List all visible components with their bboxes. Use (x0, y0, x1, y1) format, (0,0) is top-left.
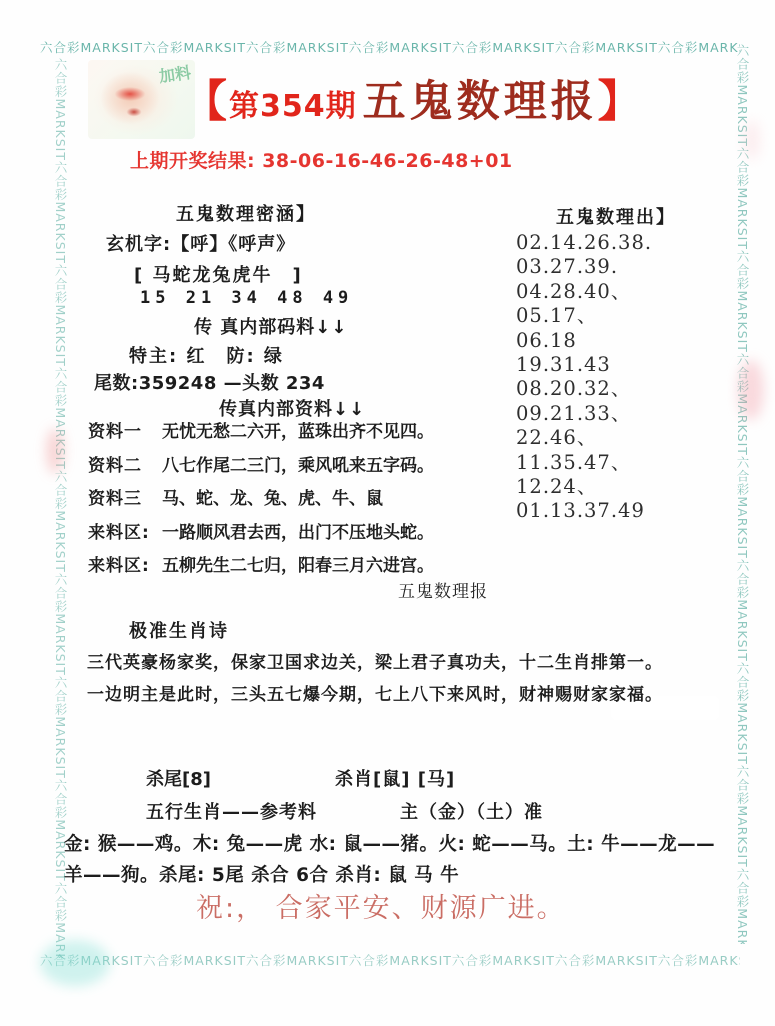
watermark-border-top: 六合彩MARKSIT六合彩MARKSIT六合彩MARKSIT六合彩MARKSIT… (40, 38, 740, 55)
resource-rows: 资料一 无忧无愁二六开，蓝珠出齐不见四。 资料二 八七作尾二三门，乘风吼来五字码… (88, 417, 498, 585)
resource-text: 一路顺风君去西，出门不压地头蛇。 (162, 518, 434, 543)
number-group-line: 03.27.39. (516, 255, 686, 279)
resource-row: 资料三 马、蛇、龙、兔、虎、牛、鼠 (88, 484, 498, 509)
zodiac-poem-title: 极准生肖诗 (129, 617, 229, 643)
number-group-line: 06.18 (516, 329, 686, 353)
zodiac-bracket-line: [ 马蛇龙兔虎牛 ] (134, 261, 303, 287)
number-group-line: 02.14.26.38. (516, 231, 686, 255)
blessing-line: 祝:， 合家平安、财源广进。 (196, 886, 566, 925)
resource-label: 资料一 (88, 417, 162, 442)
resource-label: 来料区: (88, 551, 162, 576)
elements-line-1: 金: 猴——鸡。木: 兔——虎 水: 鼠——猪。火: 蛇——马。土: 牛——龙—… (64, 830, 715, 856)
special-color-line: 特主: 红 防: 绿 (129, 342, 284, 368)
resource-label: 资料三 (88, 484, 162, 509)
issue-number: 第354期 (229, 81, 357, 125)
number-group-line: 09.21.33、 (516, 402, 686, 426)
lottery-tip-sheet: 六合彩MARKSIT六合彩MARKSIT六合彩MARKSIT六合彩MARKSIT… (0, 0, 775, 1026)
last-draw-result: 上期开奖结果: 38-06-16-46-26-48+01 (130, 146, 513, 173)
resource-row: 来料区: 一路顺风君去西，出门不压地头蛇。 (88, 518, 498, 543)
kill-tail-line: 杀尾[8] (146, 765, 211, 791)
number-group-line: 12.24、 (516, 475, 686, 499)
main-accurate-label: 主（金）（土）准 (400, 798, 543, 824)
kill-zodiac-line: 杀肖[鼠] [马] (335, 765, 455, 791)
resource-label: 来料区: (88, 518, 162, 543)
resource-text: 无忧无愁二六开，蓝珠出齐不见四。 (162, 417, 434, 442)
number-group-line: 04.28.40、 (516, 280, 686, 304)
number-groups-list: 02.14.26.38. 03.27.39. 04.28.40、 05.17、 … (516, 231, 686, 524)
resource-row: 来料区: 五柳先生二七归，阳春三月六进宫。 (88, 551, 498, 576)
close-bracket: 】 (598, 80, 642, 124)
resource-text: 八七作尾二三门，乘风吼来五字码。 (162, 451, 434, 476)
zodiac-poem-line-2: 一边明主是此时，三头五七爆今期，七上八下来风时，财神赐财家家福。 (87, 680, 663, 705)
number-group-line: 05.17、 (516, 304, 686, 328)
right-section-title: 五鬼数理出】 (556, 203, 676, 229)
tail-head-numbers-line: 尾数:359248 —头数 234 (94, 369, 325, 395)
number-group-line: 08.20.32、 (516, 377, 686, 401)
lucky-numbers-line: 15 21 34 48 49 (140, 288, 353, 308)
number-group-line: 22.46、 (516, 426, 686, 450)
number-group-line: 01.13.37.49 (516, 499, 686, 523)
open-bracket: 【 (183, 80, 227, 124)
fax-code-header: 传 真内部码料↓↓ (194, 313, 347, 339)
masthead: 【 第354期 五鬼数理报 】 (183, 68, 623, 130)
zodiac-poem-line-1: 三代英豪杨家奖，保家卫国求边关，梁上君子真功夫，十二生肖排第一。 (87, 648, 663, 673)
resource-text: 马、蛇、龙、兔、虎、牛、鼠 (162, 484, 383, 509)
left-section-title: 五鬼数理密涵】 (176, 200, 316, 226)
resource-label: 资料二 (88, 451, 162, 476)
watermark-border-right: 六合彩MARKSIT六合彩MARKSIT六合彩MARKSIT六合彩MARKSIT… (734, 44, 751, 944)
number-group-line: 11.35.47、 (516, 451, 686, 475)
watermark-border-left: 六合彩MARKSIT六合彩MARKSIT六合彩MARKSIT六合彩MARKSIT… (52, 58, 69, 958)
resource-row: 资料二 八七作尾二三门，乘风吼来五字码。 (88, 451, 498, 476)
paper-name-small: 五鬼数理报 (398, 577, 488, 602)
mystic-word-line: 玄机字:【呼】《呼声》 (106, 230, 295, 256)
five-elements-label: 五行生肖——参考料 (146, 798, 317, 824)
resource-text: 五柳先生二七归，阳春三月六进宫。 (162, 551, 434, 576)
resource-row: 资料一 无忧无愁二六开，蓝珠出齐不见四。 (88, 417, 498, 442)
elements-line-2: 羊——狗。杀尾: 5尾 杀合 6合 杀肖: 鼠 马 牛 (64, 861, 459, 887)
watermark-border-bottom: 六合彩MARKSIT六合彩MARKSIT六合彩MARKSIT六合彩MARKSIT… (40, 951, 740, 968)
paper-title: 五鬼数理报 (363, 68, 598, 129)
number-group-line: 19.31.43 (516, 353, 686, 377)
mascot-photo: 加料 (88, 60, 195, 139)
